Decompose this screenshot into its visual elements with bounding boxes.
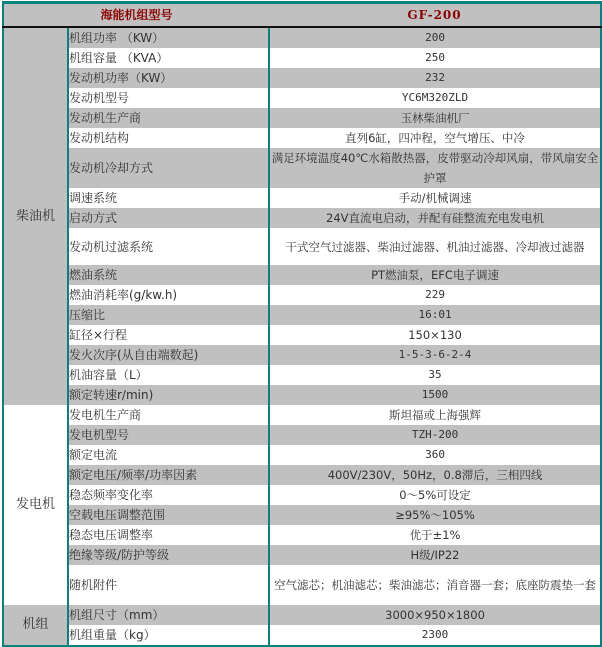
table-row: 额定电流 360 xyxy=(3,445,601,465)
section-label-generator: 发电机 xyxy=(3,405,68,605)
row-label: 空载电压调整范围 xyxy=(68,505,269,525)
table-row: 发动机过滤系统 干式空气过滤器、柴油过滤器、机油过滤器、冷却液过滤器 xyxy=(3,228,601,265)
row-value: 直列6缸，四冲程，空气增压、中冷 xyxy=(269,128,601,148)
table-row: 发动机功率（KW） 232 xyxy=(3,68,601,88)
table-row: 额定转速r/min) 1500 xyxy=(3,385,601,405)
section-label-unit: 机组 xyxy=(3,605,68,647)
table-row: 稳态频率变化率 0～5%可设定 xyxy=(3,485,601,505)
row-label: 额定电流 xyxy=(68,445,269,465)
table-row: 发动机型号 YC6M320ZLD xyxy=(3,88,601,108)
table-row: 发动机生产商 玉林柴油机厂 xyxy=(3,108,601,128)
row-value: YC6M320ZLD xyxy=(269,88,601,108)
table-row: 发动机冷却方式 满足环境温度40℃水箱散热器，皮带驱动冷却风扇，带风扇安全护罩 xyxy=(3,148,601,188)
row-label: 发动机过滤系统 xyxy=(68,228,269,265)
table-row: 发火次序(从自由端数起) 1-5-3-6-2-4 xyxy=(3,345,601,365)
row-value: 手动/机械调速 xyxy=(269,188,601,208)
row-value: 232 xyxy=(269,68,601,88)
row-value: H级/IP22 xyxy=(269,545,601,565)
table-row: 随机附件 空气滤芯；机油滤芯；柴油滤芯；消音器一套；底座防震垫一套 xyxy=(3,565,601,605)
row-label: 额定转速r/min) xyxy=(68,385,269,405)
row-label: 启动方式 xyxy=(68,208,269,228)
row-value: 16:01 xyxy=(269,305,601,325)
row-value: 24V直流电启动，并配有硅整流充电发电机 xyxy=(269,208,601,228)
row-label: 机油容量（L） xyxy=(68,365,269,385)
row-value: 0～5%可设定 xyxy=(269,485,601,505)
table-row: 机组重量（kg） 2300 xyxy=(3,625,601,647)
row-value: 玉林柴油机厂 xyxy=(269,108,601,128)
row-value: 优于±1% xyxy=(269,525,601,545)
table-row: 压缩比 16:01 xyxy=(3,305,601,325)
row-value: 250 xyxy=(269,48,601,68)
row-label: 调速系统 xyxy=(68,188,269,208)
row-label: 燃油消耗率(g/kw.h) xyxy=(68,285,269,305)
header-row: 海能机组型号 GF-200 xyxy=(3,3,601,28)
table-row: 额定电压/频率/功率因素 400V/230V，50Hz，0.8滞后，三相四线 xyxy=(3,465,601,485)
row-value: 150×130 xyxy=(269,325,601,345)
row-value: 3000×950×1800 xyxy=(269,605,601,625)
row-value: TZH-200 xyxy=(269,425,601,445)
table-row: 机油容量（L） 35 xyxy=(3,365,601,385)
row-label: 发动机功率（KW） xyxy=(68,68,269,88)
row-label: 发动机结构 xyxy=(68,128,269,148)
row-value: 35 xyxy=(269,365,601,385)
row-label: 发动机型号 xyxy=(68,88,269,108)
row-label: 机组容量 （KVA） xyxy=(68,48,269,68)
row-value: 空气滤芯；机油滤芯；柴油滤芯；消音器一套；底座防震垫一套 xyxy=(269,565,601,605)
row-value: 干式空气过滤器、柴油过滤器、机油过滤器、冷却液过滤器 xyxy=(269,228,601,265)
row-label: 发电机生产商 xyxy=(68,405,269,425)
table-row: 机组 机组尺寸（mm） 3000×950×1800 xyxy=(3,605,601,625)
table-row: 调速系统 手动/机械调速 xyxy=(3,188,601,208)
table-row: 稳态电压调整率 优于±1% xyxy=(3,525,601,545)
table-row: 燃油消耗率(g/kw.h) 229 xyxy=(3,285,601,305)
row-label: 压缩比 xyxy=(68,305,269,325)
row-value: 400V/230V，50Hz，0.8滞后，三相四线 xyxy=(269,465,601,485)
header-title: 海能机组型号 xyxy=(3,3,269,28)
table-row: 柴油机 机组功率 （KW） 200 xyxy=(3,27,601,48)
row-label: 额定电压/频率/功率因素 xyxy=(68,465,269,485)
row-label: 发电机型号 xyxy=(68,425,269,445)
row-label: 发火次序(从自由端数起) xyxy=(68,345,269,365)
row-label: 发动机冷却方式 xyxy=(68,148,269,188)
table-row: 绝缘等级/防护等级 H级/IP22 xyxy=(3,545,601,565)
row-value: 满足环境温度40℃水箱散热器，皮带驱动冷却风扇，带风扇安全护罩 xyxy=(269,148,601,188)
row-value: 斯坦福或上海强辉 xyxy=(269,405,601,425)
row-value: 200 xyxy=(269,27,601,48)
table-row: 空载电压调整范围 ≥95%～105% xyxy=(3,505,601,525)
row-label: 发动机生产商 xyxy=(68,108,269,128)
section-label-diesel: 柴油机 xyxy=(3,27,68,405)
table-row: 发电机 发电机生产商 斯坦福或上海强辉 xyxy=(3,405,601,425)
row-label: 绝缘等级/防护等级 xyxy=(68,545,269,565)
header-model: GF-200 xyxy=(269,3,601,28)
row-label: 稳态频率变化率 xyxy=(68,485,269,505)
row-value: 2300 xyxy=(269,625,601,647)
table-row: 缸径×行程 150×130 xyxy=(3,325,601,345)
row-value: 229 xyxy=(269,285,601,305)
table-row: 发动机结构 直列6缸，四冲程，空气增压、中冷 xyxy=(3,128,601,148)
row-label: 机组重量（kg） xyxy=(68,625,269,647)
row-label: 随机附件 xyxy=(68,565,269,605)
row-value: 1-5-3-6-2-4 xyxy=(269,345,601,365)
table-row: 机组容量 （KVA） 250 xyxy=(3,48,601,68)
row-label: 燃油系统 xyxy=(68,265,269,285)
table-row: 发电机型号 TZH-200 xyxy=(3,425,601,445)
spec-table: 海能机组型号 GF-200 柴油机 机组功率 （KW） 200 机组容量 （KV… xyxy=(2,1,602,647)
row-value: 1500 xyxy=(269,385,601,405)
table-row: 启动方式 24V直流电启动，并配有硅整流充电发电机 xyxy=(3,208,601,228)
row-label: 机组尺寸（mm） xyxy=(68,605,269,625)
row-value: ≥95%～105% xyxy=(269,505,601,525)
row-label: 缸径×行程 xyxy=(68,325,269,345)
row-label: 稳态电压调整率 xyxy=(68,525,269,545)
row-value: PT燃油泵，EFC电子调速 xyxy=(269,265,601,285)
row-value: 360 xyxy=(269,445,601,465)
table-row: 燃油系统 PT燃油泵，EFC电子调速 xyxy=(3,265,601,285)
row-label: 机组功率 （KW） xyxy=(68,27,269,48)
